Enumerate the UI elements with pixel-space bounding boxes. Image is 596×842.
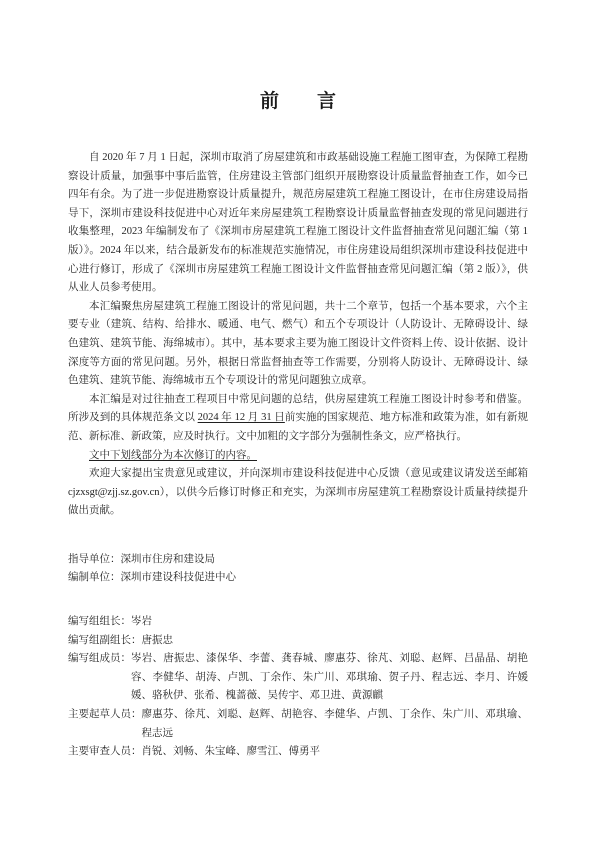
team-members-value: 岑岩、唐振忠、漆保华、李蕾、龚春城、廖惠芬、徐芃、刘聪、赵辉、吕晶晶、胡艳容、李… <box>131 650 528 706</box>
drafters-label: 主要起草人员： <box>68 706 142 725</box>
team-leader-row: 编写组组长： 岑岩 <box>68 613 528 632</box>
team-deputy-leader-row: 编写组副组长： 唐振忠 <box>68 632 528 651</box>
revision-note-underlined: 文中下划线部分为本次修订的内容。 <box>89 450 257 461</box>
paragraph-history: 自 2020 年 7 月 1 日起，深圳市取消了房屋建筑和市政基础设施工程施工图… <box>68 149 528 298</box>
team-members-row: 编写组成员： 岑岩、唐振忠、漆保华、李蕾、龚春城、廖惠芬、徐芃、刘聪、赵辉、吕晶… <box>68 650 528 706</box>
reviewers-label: 主要审查人员： <box>68 743 142 762</box>
page-title: 前 言 <box>68 86 528 113</box>
team-leader-value: 岑岩 <box>131 613 528 632</box>
editorial-team-block: 编写组组长： 岑岩 编写组副组长： 唐振忠 编写组成员： 岑岩、唐振忠、漆保华、… <box>68 613 528 762</box>
guiding-unit-value: 深圳市住房和建设局 <box>121 551 216 570</box>
paragraph-revision-note: 文中下划线部分为本次修订的内容。 <box>68 447 528 466</box>
drafters-value: 廖惠芬、徐芃、刘聪、赵辉、胡艳容、李健华、卢凯、丁余作、朱广川、邓琪瑜、程志远 <box>142 706 529 743</box>
feedback-email: cjzxsgt@zjj.sz.gov.cn <box>68 487 160 498</box>
team-deputy-leader-value: 唐振忠 <box>142 632 529 651</box>
document-page: 前 言 自 2020 年 7 月 1 日起，深圳市取消了房屋建筑和市政基础设施工… <box>0 0 596 842</box>
paragraph-structure: 本汇编聚焦房屋建筑工程施工图设计的常见问题，共十二个章节，包括一个基本要求，六个… <box>68 298 528 391</box>
team-deputy-leader-label: 编写组副组长： <box>68 632 142 651</box>
team-leader-label: 编写组组长： <box>68 613 131 632</box>
drafters-row: 主要起草人员： 廖惠芬、徐芃、刘聪、赵辉、胡艳容、李健华、卢凯、丁余作、朱广川、… <box>68 706 528 743</box>
reviewers-row: 主要审查人员： 肖锐、刘畅、朱宝峰、廖雪江、傅勇平 <box>68 743 528 762</box>
credits-block: 指导单位： 深圳市住房和建设局 编制单位： 深圳市建设科技促进中心 <box>68 551 528 588</box>
feedback-text-before: 欢迎大家提出宝贵意见或建议，并向深圳市建设科技促进中心反馈（意见或建议请发送至邮… <box>89 468 528 479</box>
team-members-label: 编写组成员： <box>68 650 131 669</box>
paragraph-feedback: 欢迎大家提出宝贵意见或建议，并向深圳市建设科技促进中心反馈（意见或建议请发送至邮… <box>68 465 528 521</box>
effective-date-underlined: 2024 年 12 月 31 日 <box>198 412 285 423</box>
preface-body: 自 2020 年 7 月 1 日起，深圳市取消了房屋建筑和市政基础设施工程施工图… <box>68 149 528 521</box>
paragraph-scope: 本汇编是对过往抽查工程项目中常见问题的总结，供房屋建筑工程施工图设计时参考和借鉴… <box>68 391 528 447</box>
compiling-unit-row: 编制单位： 深圳市建设科技促进中心 <box>68 569 528 588</box>
guiding-unit-label: 指导单位： <box>68 551 121 570</box>
compiling-unit-label: 编制单位： <box>68 569 121 588</box>
reviewers-value: 肖锐、刘畅、朱宝峰、廖雪江、傅勇平 <box>142 743 529 762</box>
compiling-unit-value: 深圳市建设科技促进中心 <box>121 569 237 588</box>
guiding-unit-row: 指导单位： 深圳市住房和建设局 <box>68 551 528 570</box>
